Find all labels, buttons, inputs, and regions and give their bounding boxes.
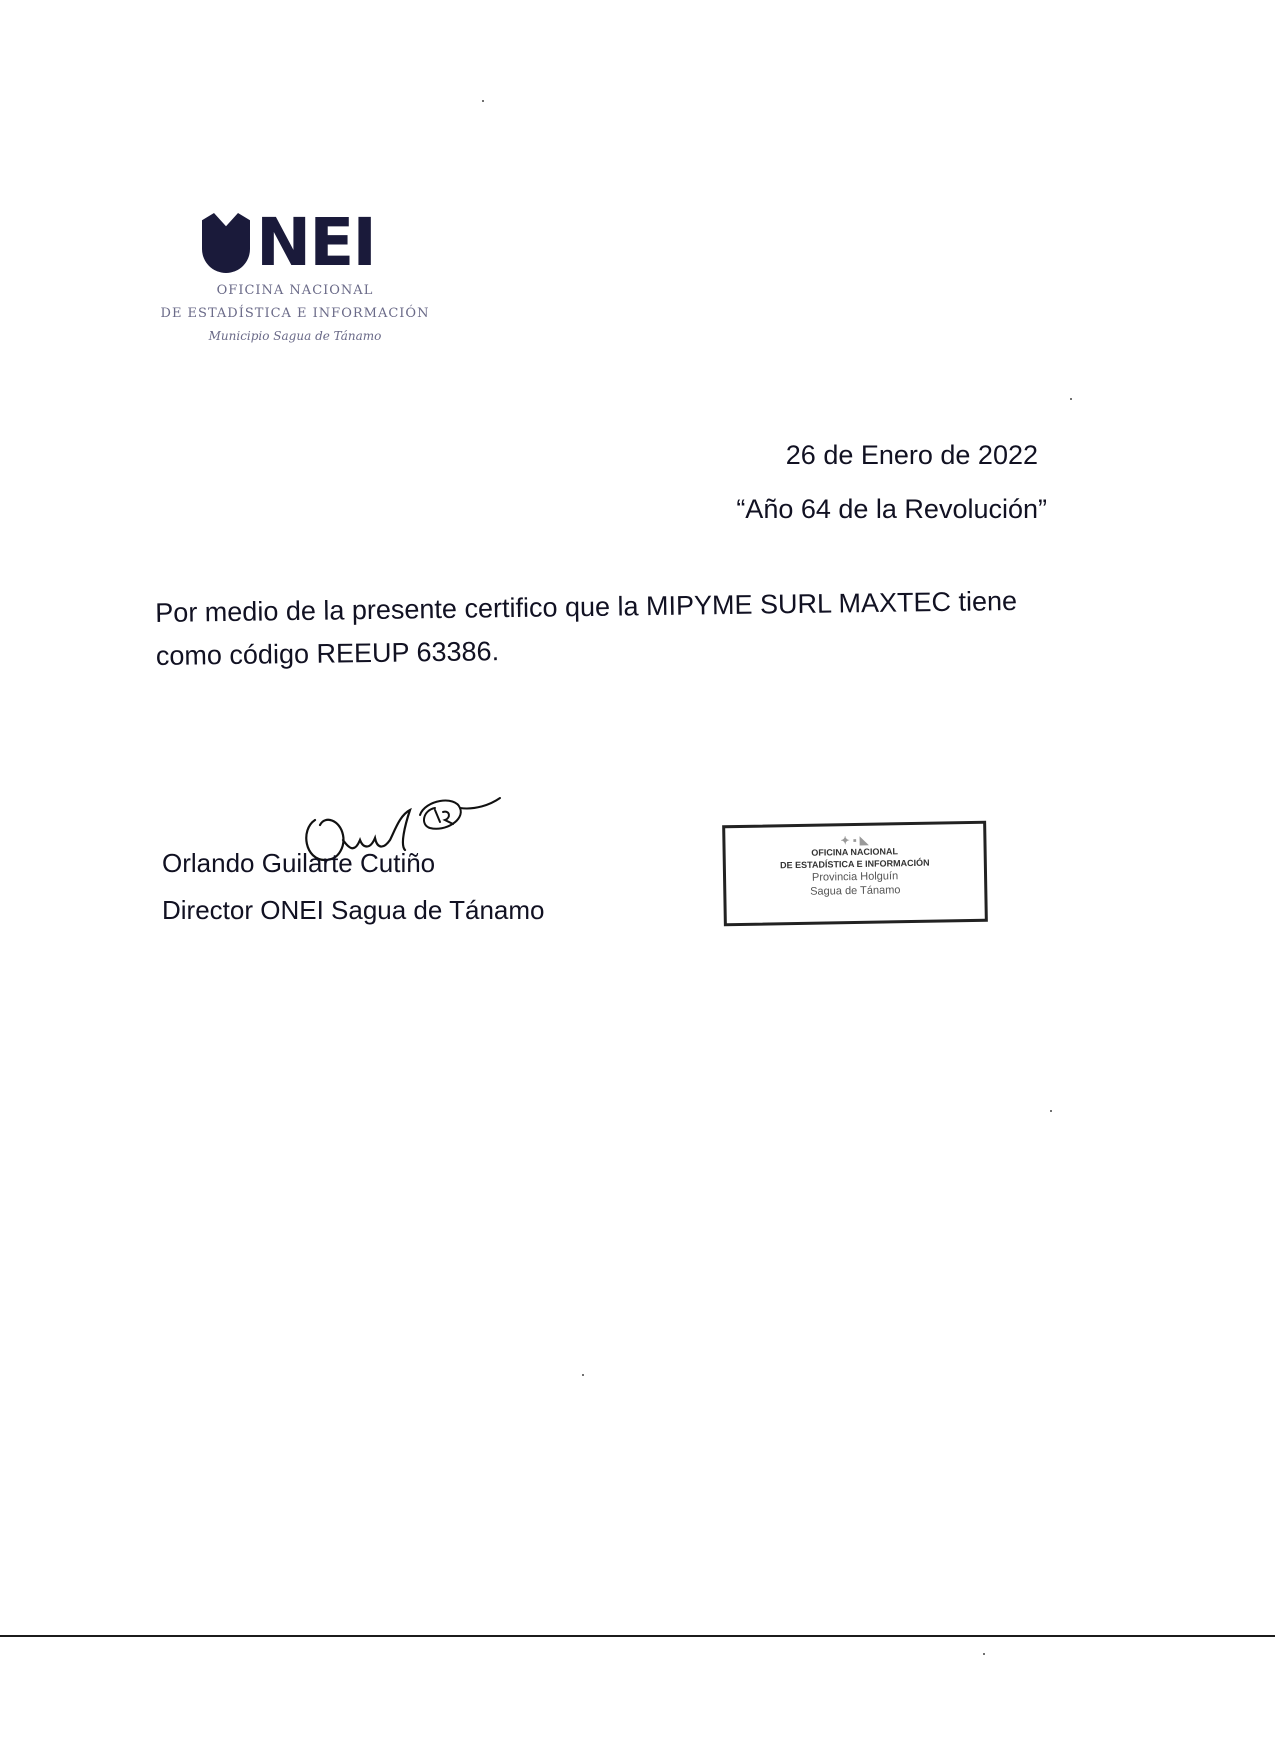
footer-rule (0, 1635, 1275, 1637)
onei-logo: NEI OFICINA NACIONAL DE ESTADÍSTICA E IN… (140, 205, 450, 345)
signatory-title: Director ONEI Sagua de Tánamo (162, 895, 544, 926)
year-motto: “Año 64 de la Revolución” (736, 494, 1047, 525)
certification-paragraph: Por medio de la presente certifico que l… (155, 580, 1026, 678)
scan-speck (582, 1374, 584, 1376)
document-date: 26 de Enero de 2022 (786, 440, 1038, 471)
scan-speck (1070, 398, 1072, 400)
scan-speck (1050, 1110, 1052, 1112)
logo-line-2: DE ESTADÍSTICA E INFORMACIÓN (140, 306, 450, 321)
onei-emblem-icon (202, 213, 250, 273)
scan-speck (983, 1653, 985, 1655)
signatory-name: Orlando Guilarte Cutiño (162, 848, 435, 879)
logo-wordmark: NEI (256, 210, 375, 276)
scan-speck (482, 100, 484, 102)
logo-line-3: Municipio Sagua de Tánamo (140, 329, 450, 343)
official-stamp: ✦ ▪ ◣ OFICINA NACIONAL DE ESTADÍSTICA E … (722, 821, 988, 927)
logo-line-1: OFICINA NACIONAL (140, 283, 450, 298)
onei-logo-mark: NEI (202, 210, 375, 276)
